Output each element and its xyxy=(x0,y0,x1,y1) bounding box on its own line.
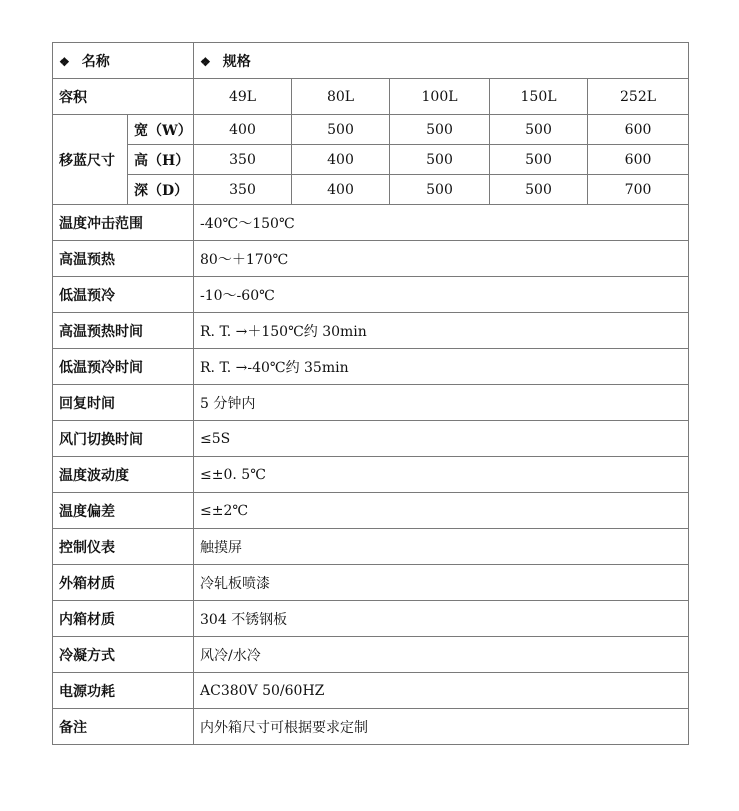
spec-row-temp-deviation: 温度偏差 ≤±2℃ xyxy=(53,493,689,529)
header-row: ❖名称 ❖规格 xyxy=(53,43,689,79)
spec-label: 回复时间 xyxy=(53,385,194,421)
spec-value: R. T. →-40℃约 35min xyxy=(194,349,689,385)
capacity-value: 100L xyxy=(390,79,490,115)
diamond-bullet-icon: ❖ xyxy=(200,55,211,69)
spec-value: 风冷/水冷 xyxy=(194,637,689,673)
spec-header-cell: ❖规格 xyxy=(194,43,689,79)
spec-value: 80～＋170℃ xyxy=(194,241,689,277)
spec-value: 触摸屏 xyxy=(194,529,689,565)
basket-height-value: 500 xyxy=(390,145,490,175)
spec-row-temp-fluctuation: 温度波动度 ≤±0. 5℃ xyxy=(53,457,689,493)
basket-height-value: 600 xyxy=(588,145,689,175)
diamond-bullet-icon: ❖ xyxy=(59,55,70,69)
basket-height-row: 高（H） 350 400 500 500 600 xyxy=(53,145,689,175)
spec-value: R. T. →＋150℃约 30min xyxy=(194,313,689,349)
spec-row-low-temp-precool: 低温预冷 -10～-60℃ xyxy=(53,277,689,313)
basket-size-label: 移蓝尺寸 xyxy=(53,115,128,205)
basket-height-value: 350 xyxy=(194,145,292,175)
basket-depth-label: 深（D） xyxy=(128,175,194,205)
spec-row-recovery-time: 回复时间 5 分钟内 xyxy=(53,385,689,421)
spec-value: ≤5S xyxy=(194,421,689,457)
spec-row-power: 电源功耗 AC380V 50/60HZ xyxy=(53,673,689,709)
spec-row-temp-shock-range: 温度冲击范围 -40℃～150℃ xyxy=(53,205,689,241)
basket-width-label: 宽（W） xyxy=(128,115,194,145)
spec-label: 高温预热 xyxy=(53,241,194,277)
spec-label: 温度冲击范围 xyxy=(53,205,194,241)
spec-label: 内箱材质 xyxy=(53,601,194,637)
name-header-label: 名称 xyxy=(82,54,110,70)
spec-value: 内外箱尺寸可根据要求定制 xyxy=(194,709,689,745)
spec-value: 冷轧板喷漆 xyxy=(194,565,689,601)
spec-row-damper-switch-time: 风门切换时间 ≤5S xyxy=(53,421,689,457)
capacity-row: 容积 49L 80L 100L 150L 252L xyxy=(53,79,689,115)
spec-value: ≤±2℃ xyxy=(194,493,689,529)
spec-label: 冷凝方式 xyxy=(53,637,194,673)
capacity-value: 150L xyxy=(490,79,588,115)
spec-row-preheat-time: 高温预热时间 R. T. →＋150℃约 30min xyxy=(53,313,689,349)
name-header-cell: ❖名称 xyxy=(53,43,194,79)
basket-depth-value: 400 xyxy=(292,175,390,205)
spec-header-label: 规格 xyxy=(223,54,251,70)
basket-depth-value: 350 xyxy=(194,175,292,205)
spec-value: AC380V 50/60HZ xyxy=(194,673,689,709)
basket-width-value: 500 xyxy=(490,115,588,145)
spec-value: 5 分钟内 xyxy=(194,385,689,421)
basket-depth-row: 深（D） 350 400 500 500 700 xyxy=(53,175,689,205)
spec-label: 电源功耗 xyxy=(53,673,194,709)
spec-value: -40℃～150℃ xyxy=(194,205,689,241)
spec-row-high-temp-preheat: 高温预热 80～＋170℃ xyxy=(53,241,689,277)
basket-depth-value: 500 xyxy=(390,175,490,205)
basket-width-row: 移蓝尺寸 宽（W） 400 500 500 500 600 xyxy=(53,115,689,145)
basket-height-label: 高（H） xyxy=(128,145,194,175)
spec-value: 304 不锈钢板 xyxy=(194,601,689,637)
basket-height-value: 500 xyxy=(490,145,588,175)
basket-height-value: 400 xyxy=(292,145,390,175)
basket-depth-value: 500 xyxy=(490,175,588,205)
basket-width-value: 500 xyxy=(292,115,390,145)
spec-row-precool-time: 低温预冷时间 R. T. →-40℃约 35min xyxy=(53,349,689,385)
basket-depth-value: 700 xyxy=(588,175,689,205)
spec-row-controller: 控制仪表 触摸屏 xyxy=(53,529,689,565)
spec-label: 温度偏差 xyxy=(53,493,194,529)
spec-value: ≤±0. 5℃ xyxy=(194,457,689,493)
spec-value: -10～-60℃ xyxy=(194,277,689,313)
spec-label: 控制仪表 xyxy=(53,529,194,565)
capacity-value: 80L xyxy=(292,79,390,115)
spec-label: 备注 xyxy=(53,709,194,745)
spec-table: ❖名称 ❖规格 容积 49L 80L 100L 150L 252L 移蓝尺寸 宽… xyxy=(52,42,689,745)
spec-label: 外箱材质 xyxy=(53,565,194,601)
spec-row-condensing-method: 冷凝方式 风冷/水冷 xyxy=(53,637,689,673)
basket-width-value: 600 xyxy=(588,115,689,145)
capacity-value: 252L xyxy=(588,79,689,115)
basket-width-value: 400 xyxy=(194,115,292,145)
capacity-value: 49L xyxy=(194,79,292,115)
basket-width-value: 500 xyxy=(390,115,490,145)
spec-label: 高温预热时间 xyxy=(53,313,194,349)
capacity-label: 容积 xyxy=(53,79,194,115)
spec-row-outer-material: 外箱材质 冷轧板喷漆 xyxy=(53,565,689,601)
spec-label: 风门切换时间 xyxy=(53,421,194,457)
spec-row-remarks: 备注 内外箱尺寸可根据要求定制 xyxy=(53,709,689,745)
spec-row-inner-material: 内箱材质 304 不锈钢板 xyxy=(53,601,689,637)
spec-label: 低温预冷 xyxy=(53,277,194,313)
spec-label: 低温预冷时间 xyxy=(53,349,194,385)
spec-label: 温度波动度 xyxy=(53,457,194,493)
